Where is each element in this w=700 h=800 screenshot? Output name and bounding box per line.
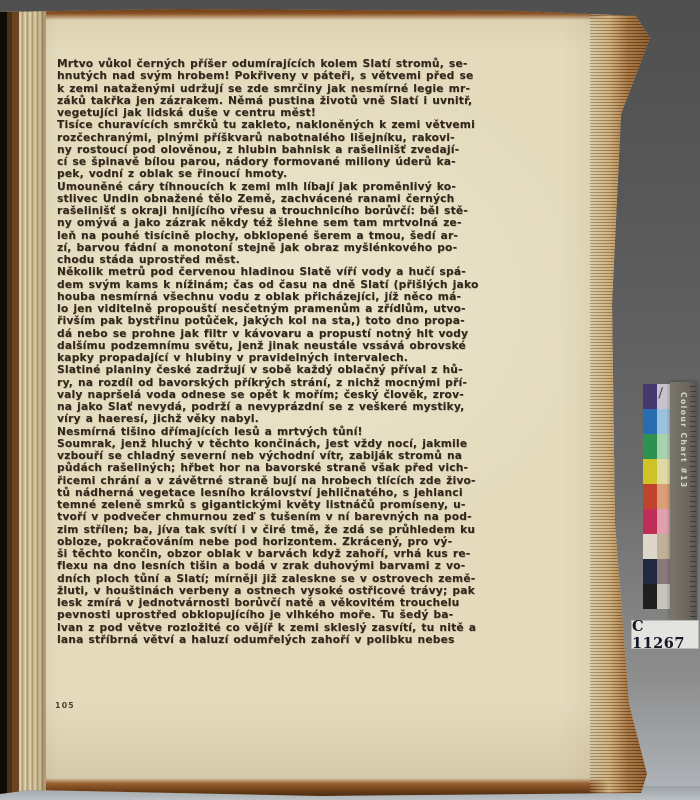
catalog-number-text: C 11267 xyxy=(632,618,698,652)
text-line: ry, na rozdíl od bavorských příkrých str… xyxy=(57,377,607,389)
color-swatch xyxy=(657,434,671,459)
text-line: vegetujíci jak lidská duše v centru měst… xyxy=(57,107,607,119)
swatch-row xyxy=(643,584,670,609)
swatch-row xyxy=(643,409,670,434)
text-line: pek, vodní z oblak se řinoucí hmoty. xyxy=(57,168,607,180)
color-swatch xyxy=(643,409,657,434)
color-swatch xyxy=(643,559,657,584)
color-swatch xyxy=(643,509,657,534)
swatch-row xyxy=(643,484,670,509)
text-line: Slatiné planiny české zadržují v sobě ka… xyxy=(57,364,607,376)
text-line: chodu stáda uprostřed měst. xyxy=(57,254,607,266)
book-top-edge xyxy=(0,4,652,20)
text-line: víry a haeresí, jichž věky nabyl. xyxy=(57,413,607,425)
text-line: valy napršelá voda odnese se opět k moří… xyxy=(57,389,607,401)
color-swatch xyxy=(643,584,657,609)
text-line: Několik metrů pod červenou hladinou Slat… xyxy=(57,266,607,278)
color-swatch xyxy=(643,384,657,409)
color-calibration-chart xyxy=(643,384,670,609)
text-line: vzbouří se chladný severní neb východní … xyxy=(57,450,607,462)
color-swatch xyxy=(657,559,671,584)
color-chart-ruler: Colour Chart #13 xyxy=(670,382,697,620)
ruler-label: Colour Chart #13 xyxy=(674,392,688,612)
page-number: 105 xyxy=(55,701,75,710)
text-line: dá nebo se prohne jak filtr v kávovaru a… xyxy=(57,328,607,340)
text-line: flexu na dno lesních tišin a bodá v zrak… xyxy=(57,560,607,572)
ruler-tick-marks xyxy=(690,382,696,620)
text-line: Mrtvo vůkol černých příšer odumírajících… xyxy=(57,58,607,70)
swatch-row xyxy=(643,559,670,584)
text-line: leň na pouhé tisícině plochy, obklopené … xyxy=(57,230,607,242)
text-line: rašelinišť s okraji hnijícího vřesu a tr… xyxy=(57,205,607,217)
text-line: pevnosti uprostřed obklopujícího je vlhk… xyxy=(57,609,607,621)
text-line: zí, barvou fádní a monotoní stejně jak o… xyxy=(57,242,607,254)
text-line: kapky propadající v hlubiny v pravidelný… xyxy=(57,352,607,364)
text-line: k zemi nataženými udržují se zde smrčiny… xyxy=(57,83,607,95)
text-line: lvan z pod větve rozložité co vějíř k ze… xyxy=(57,622,607,634)
color-swatch xyxy=(657,509,671,534)
text-line: ši těchto končin, obzor oblak v barvách … xyxy=(57,548,607,560)
text-line: Nesmírná tišino dřímajících lesů a mrtvý… xyxy=(57,426,607,438)
text-line: hnutých nad svým hrobem! Pokřiveny v pát… xyxy=(57,70,607,82)
text-line: ny rostoucí pod olověnou, z hlubin bahni… xyxy=(57,144,607,156)
swatch-row xyxy=(643,459,670,484)
color-swatch xyxy=(643,534,657,559)
text-line: obloze, pokračováním nebe pod horizontem… xyxy=(57,536,607,548)
text-line: žluti, v houštinách verbeny a ostnech vy… xyxy=(57,585,607,597)
text-line: Umouněné cáry tíhnoucích k zemi mlh líba… xyxy=(57,181,607,193)
catalog-number-label: C 11267 xyxy=(631,620,699,649)
text-line: lana stříbrná větví a haluzí odumřelých … xyxy=(57,634,607,646)
text-line: cí se špinavě bílou parou, nádory formov… xyxy=(57,156,607,168)
book-spine-gutter xyxy=(0,4,46,796)
color-swatch xyxy=(657,534,671,559)
text-line: tvoří v podvečer chmurnou zeď s tušením … xyxy=(57,511,607,523)
color-swatch xyxy=(657,584,671,609)
color-swatch xyxy=(657,484,671,509)
text-line: lo jen viditelně propouští nesčetným pra… xyxy=(57,303,607,315)
text-line: dalšímu podzemnímu světu, jenž jinak neu… xyxy=(57,340,607,352)
text-line: půdách rašeliných; hřbet hor na bavorské… xyxy=(57,462,607,474)
page-text-block: Mrtvo vůkol černých příšer odumírajících… xyxy=(57,58,607,646)
text-line: zim střílen; ba, jíva tak svítí i v čiré… xyxy=(57,524,607,536)
color-swatch xyxy=(643,484,657,509)
color-swatch xyxy=(657,409,671,434)
color-swatch xyxy=(657,459,671,484)
text-line: na jako Slať nevydá, podrží a nevyprázdn… xyxy=(57,401,607,413)
text-line: řicemi chrání a v závětrné straně bují n… xyxy=(57,475,607,487)
swatch-row xyxy=(643,534,670,559)
text-line: řivším pak bystřinu potůček, jakých kol … xyxy=(57,315,607,327)
book-page-photo: Mrtvo vůkol černých příšer odumírajících… xyxy=(0,4,652,796)
text-line: temné zeleně smrků s gigantickými květy … xyxy=(57,499,607,511)
text-line: houba nesmírná všechnu vodu z oblak přic… xyxy=(57,291,607,303)
text-line: tů nádherná vegetace lesního království … xyxy=(57,487,607,499)
text-line: stlivec Undin obnažené tělo Země, zachvá… xyxy=(57,193,607,205)
color-swatch xyxy=(643,434,657,459)
text-line: ny omývá a jako zázrak někdy též šlehne … xyxy=(57,217,607,229)
text-line: dem svým kams k nížinám; čas od času na … xyxy=(57,279,607,291)
swatch-row xyxy=(643,434,670,459)
text-line: dních ploch tůní a Slatí; mírněji již za… xyxy=(57,573,607,585)
color-swatch xyxy=(643,459,657,484)
text-line: rozčechranými, plnými příškvarů nabotnal… xyxy=(57,132,607,144)
swatch-row xyxy=(643,509,670,534)
text-line: Tisíce churavících smrčků tu zakleto, na… xyxy=(57,119,607,131)
text-line: záků takřka jen zázrakem. Němá pustina ž… xyxy=(57,95,607,107)
text-line: Soumrak, jenž hluchý v těchto končinách,… xyxy=(57,438,607,450)
text-line: lesk zmírá v jednotvárnosti borůvčí natě… xyxy=(57,597,607,609)
